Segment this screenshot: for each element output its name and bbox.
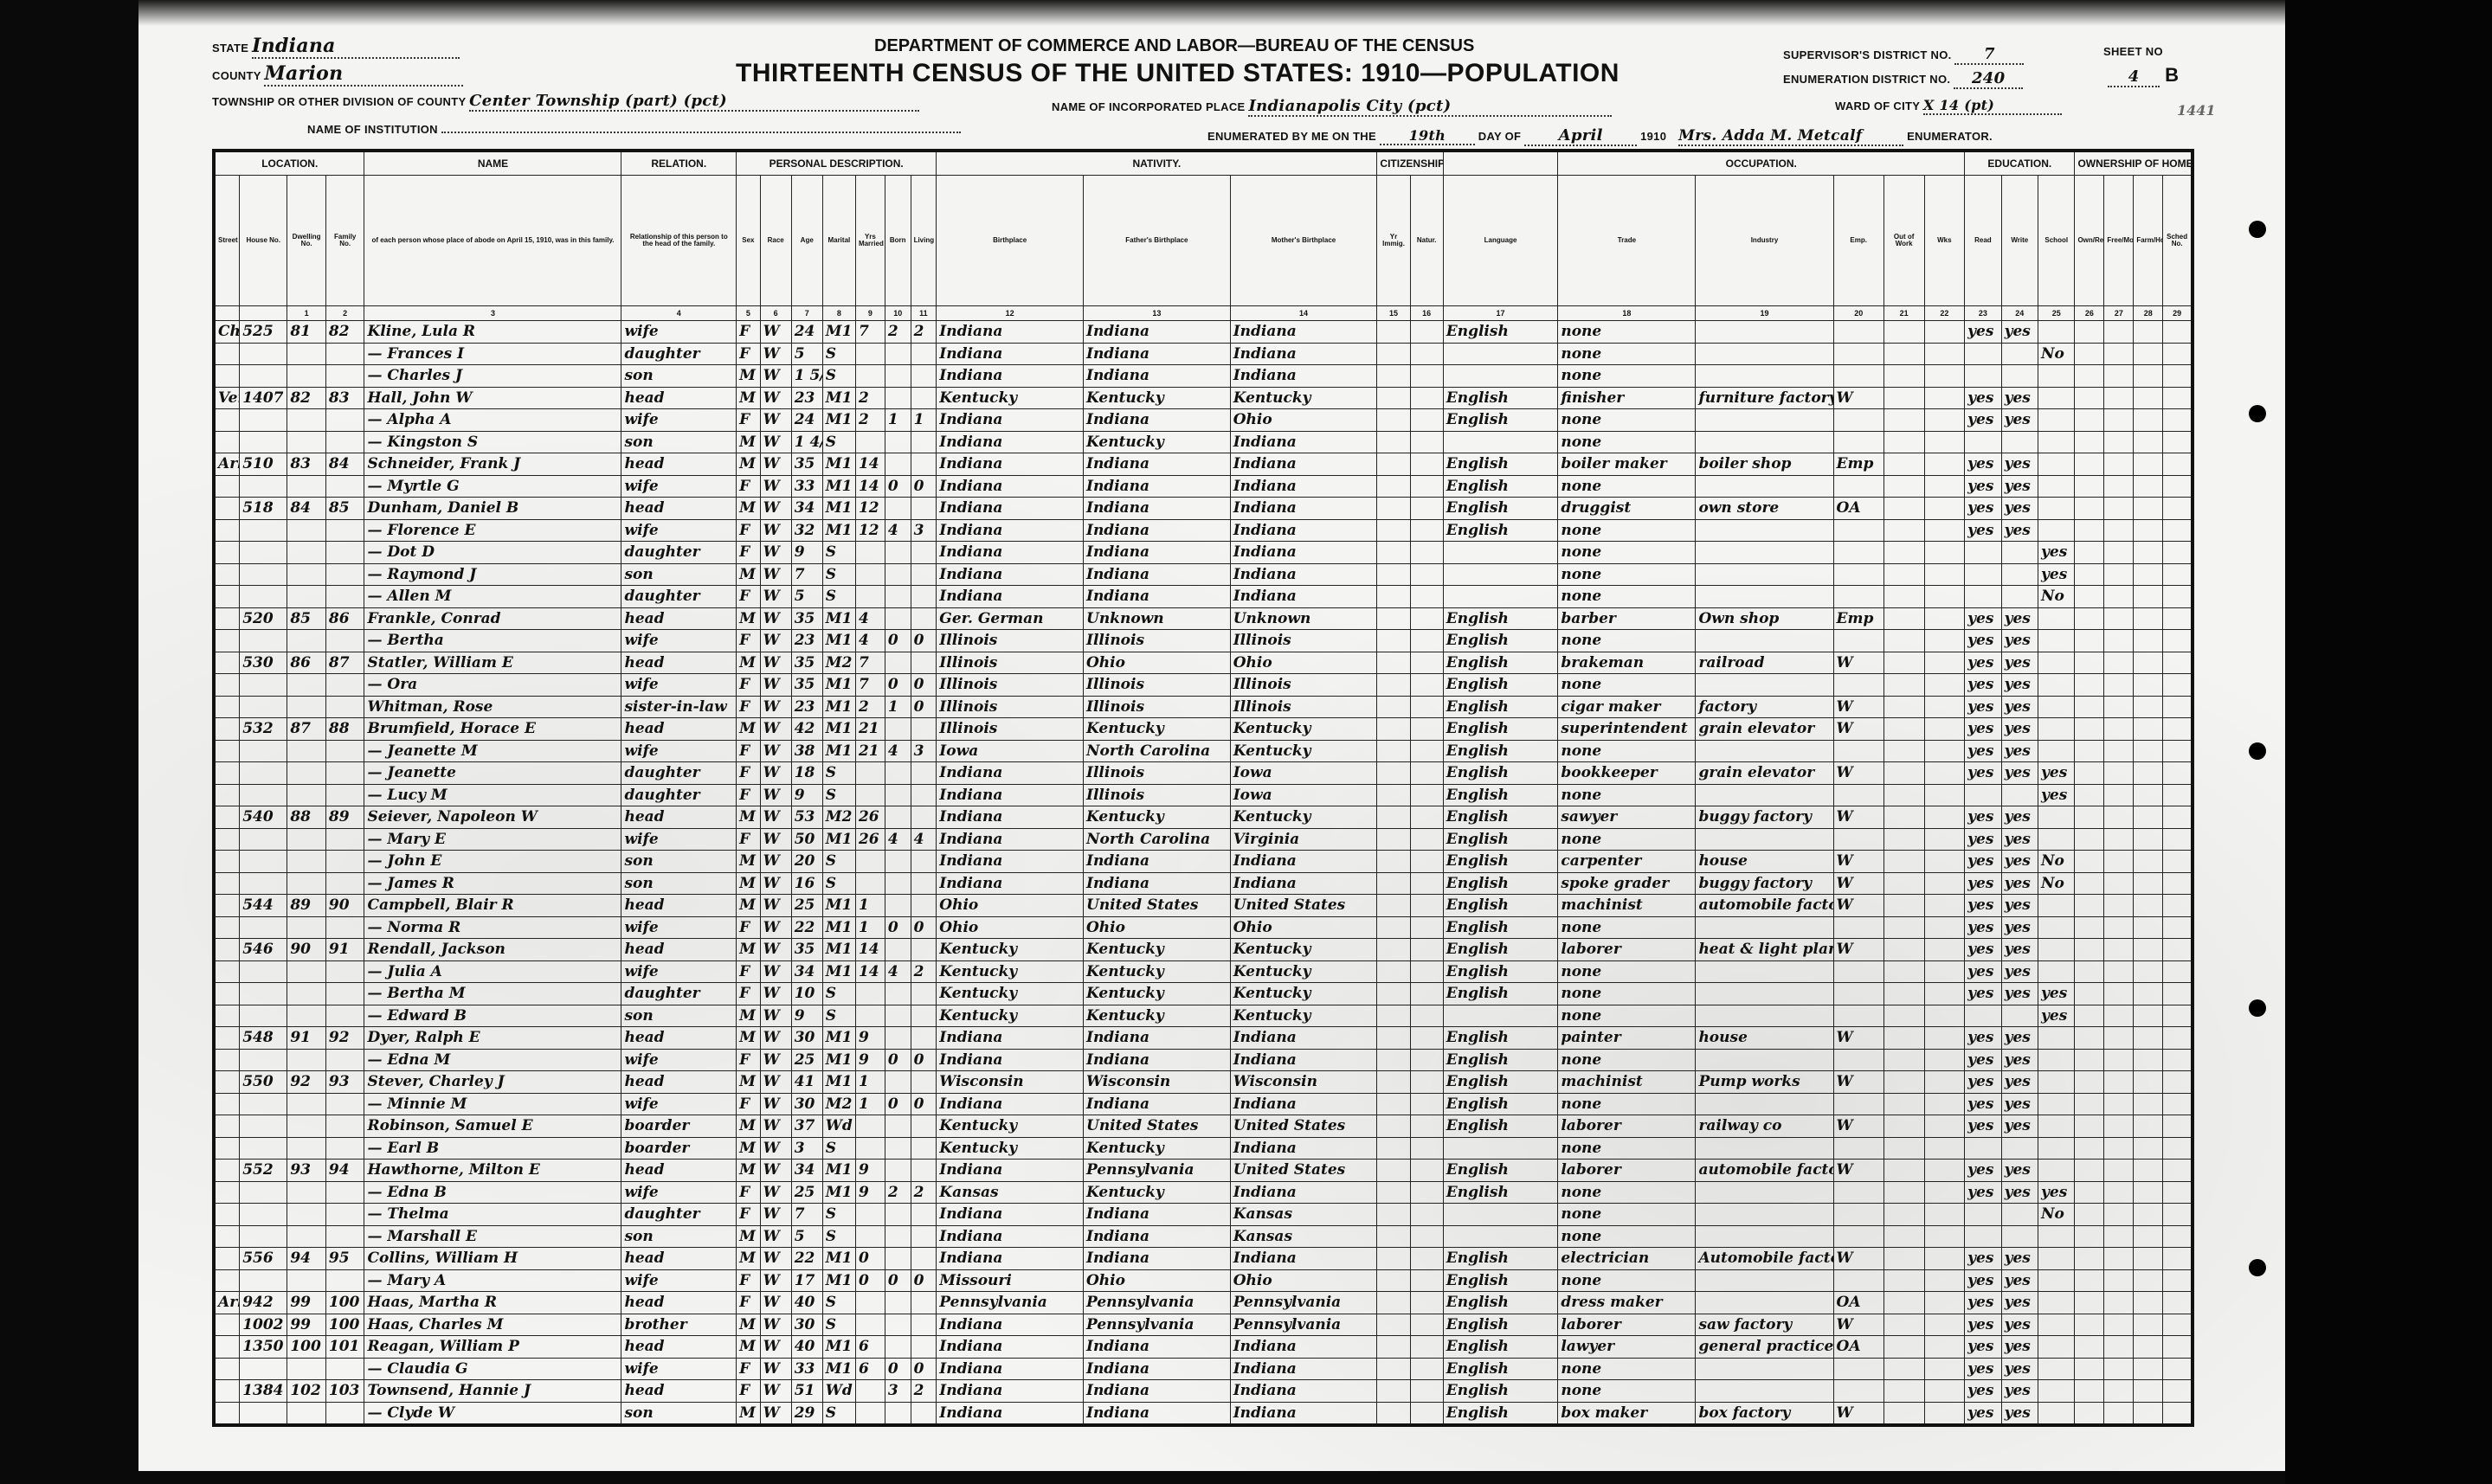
cell-ind: grain elevator: [1696, 762, 1833, 785]
cell-yrs: 1: [855, 1093, 885, 1115]
cell-born: [885, 542, 911, 564]
cell-ind: [1696, 1137, 1833, 1160]
cell-race: W: [760, 321, 791, 344]
cell-mar: M1: [822, 498, 855, 520]
cell-nat: [1410, 1005, 1443, 1027]
cell-name: — Claudia G: [364, 1358, 621, 1380]
cell-race: W: [760, 983, 791, 1005]
cell-ind: house: [1696, 851, 1833, 873]
supervisor-field: SUPERVISOR'S DISTRICT NO. 7: [1783, 45, 2024, 65]
cell-free: [2104, 851, 2134, 873]
cell-name: Kline, Lula R: [364, 321, 621, 344]
cell-race: W: [760, 895, 791, 917]
cell-out: [1883, 828, 1924, 851]
cell-bp: Indiana: [937, 453, 1084, 476]
colnum: 3: [364, 306, 621, 321]
cell-house: 532: [240, 718, 287, 741]
cell-school: [2038, 1380, 2075, 1403]
cell-trade: none: [1558, 916, 1696, 939]
cell-race: W: [760, 1336, 791, 1359]
cell-born: [885, 343, 911, 365]
cell-write: [2001, 784, 2038, 806]
cell-yrs: 14: [855, 475, 885, 498]
cell-lang: English: [1443, 387, 1558, 409]
cell-read: yes: [1965, 519, 2001, 542]
cell-school: No: [2038, 586, 2075, 608]
cell-bp: Wisconsin: [937, 1071, 1084, 1094]
cell-free: [2104, 895, 2134, 917]
cell-bp: Indiana: [937, 872, 1084, 895]
cell-house: [240, 1204, 287, 1226]
cell-write: yes: [2001, 939, 2038, 961]
cell-sched: [2163, 1027, 2193, 1050]
cell-wks: [1924, 630, 1965, 652]
cell-street: [214, 1093, 240, 1115]
cell-free: [2104, 828, 2134, 851]
cell-bp: Kentucky: [937, 960, 1084, 983]
cell-read: yes: [1965, 674, 2001, 697]
cell-house: [240, 365, 287, 388]
cell-school: [2038, 828, 2075, 851]
cell-read: yes: [1965, 1248, 2001, 1270]
table-row: — Jeanette MwifeFW38M12143IowaNorth Caro…: [214, 740, 2193, 762]
cell-mar: M1: [822, 387, 855, 409]
cell-street: [214, 1248, 240, 1270]
cell-lang: English: [1443, 916, 1558, 939]
cell-free: [2104, 343, 2134, 365]
cell-emp: [1833, 542, 1883, 564]
cell-house: 510: [240, 453, 287, 476]
cell-sched: [2163, 1402, 2193, 1425]
cell-nat: [1410, 806, 1443, 829]
cell-school: [2038, 1402, 2075, 1425]
cell-born: [885, 652, 911, 674]
cell-bp: Illinois: [937, 696, 1084, 718]
cell-write: yes: [2001, 519, 2038, 542]
cell-name: Dunham, Daniel B: [364, 498, 621, 520]
cell-free: [2104, 1160, 2134, 1182]
cell-mbp: Indiana: [1230, 1336, 1377, 1359]
cell-bp: Indiana: [937, 851, 1084, 873]
cell-rel: son: [621, 851, 737, 873]
cell-farm: [2134, 806, 2163, 829]
cell-dwell: [287, 1358, 326, 1380]
cell-fam: 92: [325, 1027, 364, 1050]
cell-ind: Own shop: [1696, 607, 1833, 630]
cell-fbp: Pennsylvania: [1084, 1314, 1231, 1336]
cell-mbp: Illinois: [1230, 630, 1377, 652]
cell-race: W: [760, 519, 791, 542]
cell-living: [911, 652, 937, 674]
cell-name: — Norma R: [364, 916, 621, 939]
cell-fam: [325, 1115, 364, 1138]
cell-farm: [2134, 1358, 2163, 1380]
cell-lang: English: [1443, 939, 1558, 961]
cell-write: yes: [2001, 453, 2038, 476]
cell-out: [1883, 542, 1924, 564]
cell-ind: factory: [1696, 696, 1833, 718]
cell-sex: F: [737, 828, 761, 851]
cell-street: [214, 1402, 240, 1425]
cell-mbp: Kentucky: [1230, 939, 1377, 961]
cell-sex: M: [737, 563, 761, 586]
colnum: 24: [2001, 306, 2038, 321]
cell-write: yes: [2001, 1314, 2038, 1336]
cell-fam: 88: [325, 718, 364, 741]
cell-nat: [1410, 498, 1443, 520]
table-row: 5408889Seiever, Napoleon WheadMW53M226In…: [214, 806, 2193, 829]
cell-fbp: Ohio: [1084, 1269, 1231, 1292]
cell-fbp: Indiana: [1084, 498, 1231, 520]
cell-dwell: [287, 696, 326, 718]
cell-mar: M1: [822, 1160, 855, 1182]
cell-born: 4: [885, 740, 911, 762]
cell-mbp: Indiana: [1230, 475, 1377, 498]
cell-age: 30: [791, 1027, 822, 1050]
cell-farm: [2134, 1093, 2163, 1115]
cell-mbp: Illinois: [1230, 674, 1377, 697]
cell-age: 22: [791, 916, 822, 939]
cell-farm: [2134, 1402, 2163, 1425]
cell-farm: [2134, 1380, 2163, 1403]
enumerated-year: 1910: [1640, 130, 1666, 143]
cell-name: Statler, William E: [364, 652, 621, 674]
cell-sched: [2163, 387, 2193, 409]
cell-sex: F: [737, 1049, 761, 1071]
cell-emp: [1833, 431, 1883, 453]
cell-nat: [1410, 1292, 1443, 1314]
cell-dwell: [287, 784, 326, 806]
cell-yrs: 26: [855, 828, 885, 851]
cell-fbp: North Carolina: [1084, 740, 1231, 762]
cell-mar: M1: [822, 718, 855, 741]
cell-mbp: Ohio: [1230, 916, 1377, 939]
cell-age: 3: [791, 1137, 822, 1160]
table-row: — Allen MdaughterFW5SIndianaIndianaIndia…: [214, 586, 2193, 608]
cell-born: 0: [885, 1269, 911, 1292]
cell-rel: wife: [621, 828, 737, 851]
cell-nat: [1410, 431, 1443, 453]
colnum: 4: [621, 306, 737, 321]
cell-sex: M: [737, 387, 761, 409]
cell-yrs: [855, 542, 885, 564]
cell-dwell: [287, 409, 326, 432]
cell-house: [240, 1181, 287, 1204]
cell-living: 4: [911, 828, 937, 851]
cell-out: [1883, 387, 1924, 409]
cell-mar: M1: [822, 630, 855, 652]
cell-name: — Alpha A: [364, 409, 621, 432]
cell-yrs: 4: [855, 607, 885, 630]
cell-sex: M: [737, 872, 761, 895]
cell-born: 0: [885, 1358, 911, 1380]
cell-sex: M: [737, 1160, 761, 1182]
cell-age: 53: [791, 806, 822, 829]
cell-nat: [1410, 762, 1443, 785]
cell-age: 35: [791, 652, 822, 674]
cell-school: [2038, 453, 2075, 476]
cell-sex: F: [737, 740, 761, 762]
cell-own: [2075, 652, 2104, 674]
cell-wks: [1924, 321, 1965, 344]
cell-lang: English: [1443, 1115, 1558, 1138]
census-title: THIRTEENTH CENSUS OF THE UNITED STATES: …: [736, 59, 1619, 88]
cell-name: — Dot D: [364, 542, 621, 564]
cell-imm: [1377, 1402, 1410, 1425]
cell-yrs: 12: [855, 498, 885, 520]
cell-mar: S: [822, 1402, 855, 1425]
cell-school: [2038, 960, 2075, 983]
cell-living: [911, 718, 937, 741]
cell-read: yes: [1965, 387, 2001, 409]
cell-trade: druggist: [1558, 498, 1696, 520]
cell-mar: S: [822, 586, 855, 608]
cell-out: [1883, 1336, 1924, 1359]
cell-school: yes: [2038, 983, 2075, 1005]
cell-fam: [325, 542, 364, 564]
cell-age: 5: [791, 586, 822, 608]
cell-fam: 93: [325, 1071, 364, 1094]
cell-mar: M1: [822, 828, 855, 851]
cell-fam: [325, 784, 364, 806]
cell-living: [911, 1292, 937, 1314]
cell-out: [1883, 343, 1924, 365]
table-row: — Bertha MdaughterFW10SKentuckyKentuckyK…: [214, 983, 2193, 1005]
cell-age: 37: [791, 1115, 822, 1138]
cell-own: [2075, 1160, 2104, 1182]
cell-own: [2075, 343, 2104, 365]
cell-nat: [1410, 1115, 1443, 1138]
cell-ind: [1696, 1204, 1833, 1226]
cell-sex: F: [737, 762, 761, 785]
cell-mar: S: [822, 365, 855, 388]
cell-born: [885, 1071, 911, 1094]
cell-fam: [325, 586, 364, 608]
cell-fam: [325, 983, 364, 1005]
cell-dwell: 83: [287, 453, 326, 476]
cell-ind: boiler shop: [1696, 453, 1833, 476]
cell-out: [1883, 498, 1924, 520]
cell-sched: [2163, 1358, 2193, 1380]
cell-house: [240, 828, 287, 851]
cell-trade: brakeman: [1558, 652, 1696, 674]
cell-fam: 103: [325, 1380, 364, 1403]
cell-lang: [1443, 1225, 1558, 1248]
cell-emp: Emp: [1833, 453, 1883, 476]
cell-wks: [1924, 1380, 1965, 1403]
cell-born: 0: [885, 916, 911, 939]
cell-fbp: Indiana: [1084, 1358, 1231, 1380]
header-race: Race: [760, 176, 791, 306]
cell-own: [2075, 630, 2104, 652]
cell-imm: [1377, 1093, 1410, 1115]
ed-field: ENUMERATION DISTRICT NO. 240: [1783, 69, 2023, 89]
table-row: — Minnie MwifeFW30M2100IndianaIndianaInd…: [214, 1093, 2193, 1115]
cell-write: yes: [2001, 652, 2038, 674]
cell-sched: [2163, 1049, 2193, 1071]
cell-school: [2038, 630, 2075, 652]
cell-school: [2038, 939, 2075, 961]
cell-out: [1883, 696, 1924, 718]
cell-farm: [2134, 1027, 2163, 1050]
cell-mar: S: [822, 1005, 855, 1027]
cell-write: [2001, 1225, 2038, 1248]
cell-write: yes: [2001, 1248, 2038, 1270]
cell-write: [2001, 431, 2038, 453]
cell-mbp: Indiana: [1230, 1181, 1377, 1204]
colnum: 2: [325, 306, 364, 321]
cell-farm: [2134, 431, 2163, 453]
cell-name: Townsend, Hannie J: [364, 1380, 621, 1403]
cell-race: W: [760, 563, 791, 586]
cell-out: [1883, 607, 1924, 630]
cell-own: [2075, 740, 2104, 762]
cell-dwell: 81: [287, 321, 326, 344]
cell-yrs: [855, 1137, 885, 1160]
cell-dwell: 94: [287, 1248, 326, 1270]
colnum: 25: [2038, 306, 2075, 321]
cell-nat: [1410, 960, 1443, 983]
cell-fam: [325, 828, 364, 851]
cell-wks: [1924, 784, 1965, 806]
cell-yrs: [855, 1115, 885, 1138]
cell-yrs: 14: [855, 960, 885, 983]
cell-wks: [1924, 806, 1965, 829]
cell-fam: [325, 630, 364, 652]
cell-street: [214, 365, 240, 388]
cell-living: [911, 498, 937, 520]
cell-rel: son: [621, 1402, 737, 1425]
cell-write: yes: [2001, 1336, 2038, 1359]
cell-dwell: 86: [287, 652, 326, 674]
cell-farm: [2134, 960, 2163, 983]
cell-mar: S: [822, 872, 855, 895]
cell-name: — Bertha: [364, 630, 621, 652]
cell-living: [911, 431, 937, 453]
cell-out: [1883, 1269, 1924, 1292]
cell-free: [2104, 475, 2134, 498]
cell-ind: [1696, 1049, 1833, 1071]
cell-imm: [1377, 498, 1410, 520]
cell-write: yes: [2001, 1049, 2038, 1071]
cell-race: W: [760, 1292, 791, 1314]
cell-fbp: Indiana: [1084, 1225, 1231, 1248]
cell-sched: [2163, 1248, 2193, 1270]
cell-school: [2038, 806, 2075, 829]
cell-born: 4: [885, 960, 911, 983]
cell-wks: [1924, 1027, 1965, 1050]
cell-own: [2075, 453, 2104, 476]
cell-bp: Indiana: [937, 1380, 1084, 1403]
cell-name: Whitman, Rose: [364, 696, 621, 718]
cell-sched: [2163, 696, 2193, 718]
cell-ind: railroad: [1696, 652, 1833, 674]
cell-farm: [2134, 740, 2163, 762]
cell-own: [2075, 1093, 2104, 1115]
cell-read: [1965, 563, 2001, 586]
enumerator-name: Mrs. Adda M. Metcalf: [1678, 127, 1903, 146]
cell-born: 2: [885, 321, 911, 344]
cell-nat: [1410, 718, 1443, 741]
cell-name: Collins, William H: [364, 1248, 621, 1270]
cell-trade: none: [1558, 740, 1696, 762]
cell-race: W: [760, 939, 791, 961]
county-field: COUNTY Marion: [212, 62, 463, 87]
cell-race: W: [760, 387, 791, 409]
cell-bp: Illinois: [937, 652, 1084, 674]
cell-rel: wife: [621, 519, 737, 542]
cell-farm: [2134, 607, 2163, 630]
cell-write: yes: [2001, 1402, 2038, 1425]
cell-street: [214, 916, 240, 939]
cell-write: yes: [2001, 895, 2038, 917]
cell-school: [2038, 607, 2075, 630]
cell-mar: S: [822, 1314, 855, 1336]
cell-nat: [1410, 1027, 1443, 1050]
cell-sex: M: [737, 851, 761, 873]
cell-nat: [1410, 983, 1443, 1005]
cell-fam: [325, 762, 364, 785]
cell-trade: none: [1558, 519, 1696, 542]
cell-sched: [2163, 475, 2193, 498]
state-value: Indiana: [252, 35, 460, 59]
cell-mar: M1: [822, 475, 855, 498]
cell-trade: finisher: [1558, 387, 1696, 409]
group-name: NAME: [364, 151, 621, 176]
cell-write: yes: [2001, 630, 2038, 652]
cell-ind: heat & light plant: [1696, 939, 1833, 961]
cell-mbp: Kentucky: [1230, 387, 1377, 409]
cell-emp: [1833, 1269, 1883, 1292]
cell-imm: [1377, 1137, 1410, 1160]
cell-school: yes: [2038, 1005, 2075, 1027]
cell-yrs: [855, 872, 885, 895]
cell-imm: [1377, 895, 1410, 917]
cell-house: [240, 740, 287, 762]
cell-trade: none: [1558, 828, 1696, 851]
cell-school: [2038, 475, 2075, 498]
cell-born: [885, 1225, 911, 1248]
cell-lang: English: [1443, 1049, 1558, 1071]
punch-hole: [2249, 221, 2266, 238]
cell-farm: [2134, 1269, 2163, 1292]
cell-emp: W: [1833, 895, 1883, 917]
cell-name: Robinson, Samuel E: [364, 1115, 621, 1138]
cell-age: 35: [791, 939, 822, 961]
cell-fbp: North Carolina: [1084, 828, 1231, 851]
cell-sched: [2163, 1225, 2193, 1248]
cell-nat: [1410, 321, 1443, 344]
cell-street: [214, 895, 240, 917]
cell-born: [885, 586, 911, 608]
cell-born: [885, 1160, 911, 1182]
cell-imm: [1377, 872, 1410, 895]
cell-street: [214, 806, 240, 829]
cell-yrs: 2: [855, 387, 885, 409]
cell-rel: wife: [621, 1269, 737, 1292]
cell-house: [240, 542, 287, 564]
cell-read: [1965, 542, 2001, 564]
cell-mbp: Pennsylvania: [1230, 1314, 1377, 1336]
cell-emp: OA: [1833, 1336, 1883, 1359]
cell-bp: Indiana: [937, 431, 1084, 453]
cell-age: 5: [791, 1225, 822, 1248]
cell-imm: [1377, 718, 1410, 741]
cell-mar: S: [822, 1292, 855, 1314]
cell-living: 2: [911, 321, 937, 344]
cell-age: 5: [791, 343, 822, 365]
cell-school: yes: [2038, 784, 2075, 806]
